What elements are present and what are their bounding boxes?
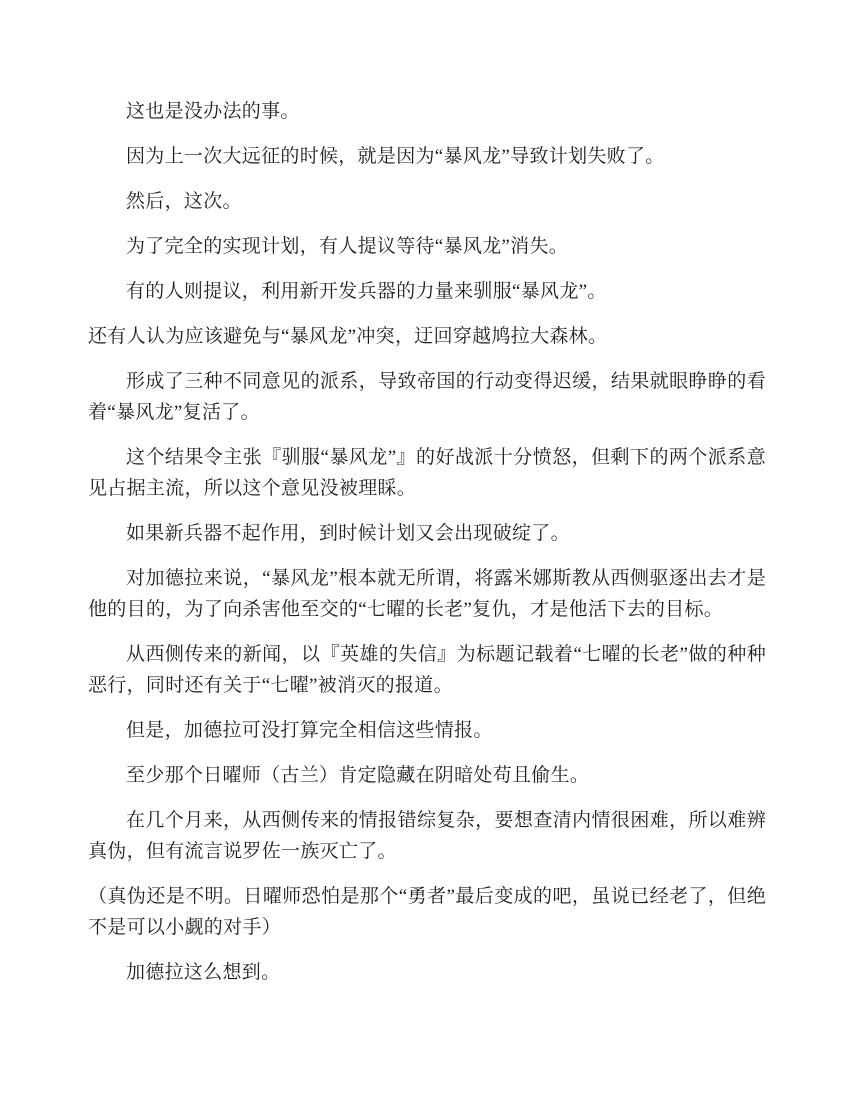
- paragraph: 如果新兵器不起作用，到时候计划又会出现破绽了。: [88, 518, 766, 549]
- paragraph: 这也是没办法的事。: [88, 96, 766, 127]
- paragraph: 为了完全的实现计划，有人提议等待“暴风龙”消失。: [88, 231, 766, 262]
- paragraph: 在几个月来，从西侧传来的情报错综复杂，要想查清内情很困难，所以难辨真伪，但有流言…: [88, 805, 766, 867]
- text-content: 这也是没办法的事。 因为上一次大远征的时候，就是因为“暴风龙”导致计划失败了。 …: [88, 96, 766, 1002]
- paragraph: 对加德拉来说，“暴风龙”根本就无所谓，将露米娜斯教从西侧驱逐出去才是他的目的，为…: [88, 563, 766, 625]
- paragraph: 因为上一次大远征的时候，就是因为“暴风龙”导致计划失败了。: [88, 141, 766, 172]
- paragraph: 从西侧传来的新闻，以『英雄的失信』为标题记载着“七曜的长老”做的种种恶行，同时还…: [88, 639, 766, 701]
- paragraph: 还有人认为应该避免与“暴风龙”冲突，迂回穿越鸠拉大森林。: [88, 321, 766, 352]
- paragraph: 有的人则提议，利用新开发兵器的力量来驯服“暴风龙”。: [88, 276, 766, 307]
- paragraph: 这个结果令主张『驯服“暴风龙”』的好战派十分愤怒，但剩下的两个派系意见占据主流，…: [88, 442, 766, 504]
- document-page: 这也是没办法的事。 因为上一次大远征的时候，就是因为“暴风龙”导致计划失败了。 …: [0, 0, 850, 1100]
- paragraph: （真伪还是不明。日曜师恐怕是那个“勇者”最后变成的吧，虽说已经老了，但绝不是可以…: [88, 881, 766, 943]
- paragraph: 至少那个日曜师（古兰）肯定隐藏在阴暗处苟且偷生。: [88, 760, 766, 791]
- paragraph: 但是，加德拉可没打算完全相信这些情报。: [88, 715, 766, 746]
- paragraph: 形成了三种不同意见的派系，导致帝国的行动变得迟缓，结果就眼睁睁的看着“暴风龙”复…: [88, 366, 766, 428]
- paragraph: 然后，这次。: [88, 186, 766, 217]
- paragraph: 加德拉这么想到。: [88, 957, 766, 988]
